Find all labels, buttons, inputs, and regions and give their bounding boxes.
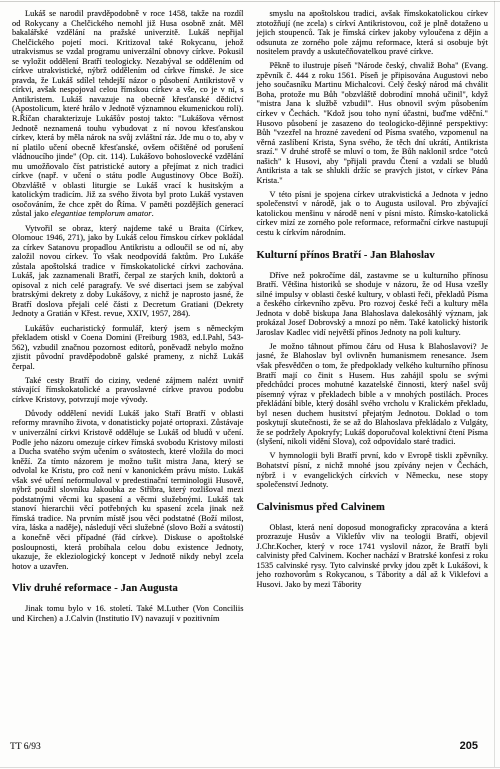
paragraph-song-narode-cesky: Pěkně to ilustruje píseň "Národe český, … (257, 61, 489, 185)
scan-edge-right (494, 1, 495, 767)
heading-calvinism-before-calvin: Calvinismus před Calvinem (257, 502, 489, 514)
paragraph-apostolic-tradition: smyslu na apoštolskou tradici, avšak řím… (257, 9, 489, 57)
right-column: smyslu na apoštolskou tradici, avšak řím… (257, 9, 489, 628)
page-number: 205 (460, 740, 478, 752)
page-footer: TT 6/93 205 (10, 740, 483, 752)
paragraph-cultural-contribution: Dříve než pokročíme dál, zastavme se u k… (257, 271, 489, 338)
paragraph-text: Lukáš se narodil pravděpodobně v roce 14… (12, 9, 244, 218)
scan-edge-bottom (0, 767, 500, 768)
paragraph-eucharistic-formular: Lukášův eucharistický formulář, který js… (12, 324, 244, 372)
paragraph-song-interpretation: V této písni je spojena církev utrakvist… (257, 190, 489, 238)
latin-phrase-italic: elegantiae templorum amator (51, 209, 152, 218)
paragraph-16th-century: Jinak tomu bylo v 16. století. Také M.Lu… (12, 604, 244, 623)
paragraph-journeys-abroad: Také cesty Bratří do ciziny, vedené zájm… (12, 376, 244, 405)
document-page: Lukáš se narodil pravděpodobně v roce 14… (0, 0, 500, 769)
journal-issue-label: TT 6/93 (10, 742, 41, 752)
left-column: Lukáš se narodil pravděpodobně v roce 14… (12, 9, 244, 628)
paragraph-hus-to-blahoslav: Je možno táhnout přímou čáru od Husa k B… (257, 342, 489, 447)
paragraph-hymnology: V hymnologii byli Bratří první, kdo v Ev… (257, 451, 489, 489)
paragraph-lukas-biography: Lukáš se narodil pravděpodobně v roce 14… (12, 9, 244, 219)
paragraph-text: . (152, 209, 154, 218)
scan-edge-top (0, 1, 500, 2)
heading-second-reformation-jan-augusta: Vliv druhé reformace - Jan Augusta (12, 583, 244, 595)
heading-cultural-contribution-jan-blahoslav: Kulturní přínos Bratří - Jan Blahoslav (257, 250, 489, 262)
two-column-layout: Lukáš se narodil pravděpodobně v roce 14… (12, 9, 488, 628)
paragraph-reasons-of-separation: Důvody oddělení nevidí Lukáš jako Staří … (12, 409, 244, 571)
paragraph-braito-image: Vytvořil se obraz, který najdeme také u … (12, 224, 244, 319)
paragraph-kocher-thesis: Oblast, která není doposud monograficky … (257, 523, 489, 590)
